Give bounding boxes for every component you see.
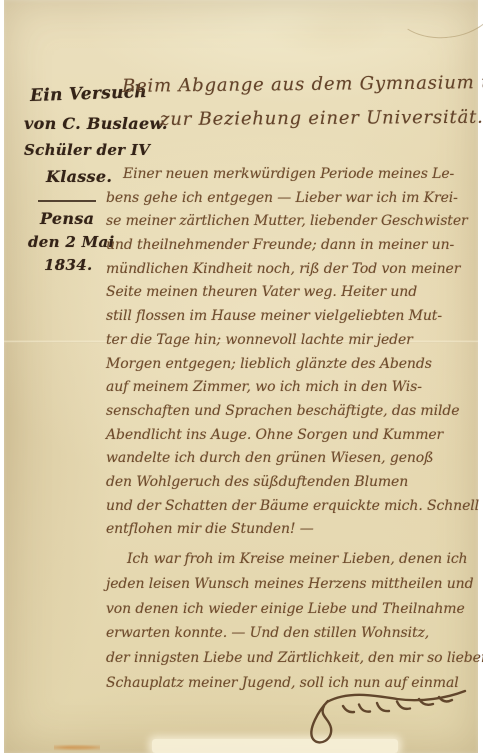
paper-crease <box>389 0 483 43</box>
manuscript-line: entflohen mir die Stunden! — <box>106 518 483 542</box>
manuscript-line: Ich war froh im Kreise meiner Lieben, de… <box>106 547 483 572</box>
manuscript-line: se meiner zärtlichen Mutter, liebender G… <box>106 210 483 234</box>
manuscript-line: auf meinem Zimmer, wo ich mich in den Wi… <box>106 376 483 400</box>
manuscript-line: senschaften und Sprachen beschäftigte, d… <box>106 400 483 424</box>
title-line: zur Beziehung einer Universität. <box>122 107 483 131</box>
margin-note-place: Pensa <box>40 209 94 228</box>
margin-divider-rule <box>38 200 96 202</box>
manuscript-line: wandelte ich durch den grünen Wiesen, ge… <box>106 447 483 471</box>
manuscript-line: und theilnehmender Freunde; dann in mein… <box>106 234 483 258</box>
manuscript-line: mündlichen Kindheit noch, riß der Tod vo… <box>106 258 483 282</box>
parchment-paper: Ein Versuch von C. Buslaew. Schüler der … <box>4 0 478 753</box>
manuscript-line: Morgen entgegen; lieblich glänzte des Ab… <box>106 353 483 377</box>
margin-note-line: Klasse. <box>46 167 112 186</box>
manuscript-line: von denen ich wieder einige Liebe und Th… <box>106 597 483 622</box>
document-title: Beim Abgange aus dem Gymnasium und zur B… <box>122 74 483 129</box>
margin-note-date: den 2 Mai <box>28 233 115 251</box>
body-paragraph: Einer neuen merkwürdigen Periode meines … <box>106 163 483 542</box>
manuscript-line: still flossen im Hause meiner vielgelieb… <box>106 305 483 329</box>
margin-note-year: 1834. <box>44 256 92 274</box>
manuscript-line: bens gehe ich entgegen — Lieber war ich … <box>106 187 483 211</box>
manuscript-line: erwarten konnte. — Und den stillen Wohns… <box>106 621 483 646</box>
manuscript-line: Einer neuen merkwürdigen Periode meines … <box>106 163 483 187</box>
manuscript-scan: Ein Versuch von C. Buslaew. Schüler der … <box>0 0 483 753</box>
rust-stain <box>54 744 100 751</box>
manuscript-line: ter die Tage hin; wonnevoll lachte mir j… <box>106 329 483 353</box>
manuscript-line: den Wohlgeruch des süßduftenden Blumen <box>106 471 483 495</box>
manuscript-line: Abendlicht ins Auge. Ohne Sorgen und Kum… <box>106 424 483 448</box>
title-line: Beim Abgange aus dem Gymnasium und <box>122 72 483 97</box>
manuscript-line: und der Schatten der Bäume erquickte mic… <box>106 495 483 519</box>
signature-flourish <box>297 686 477 748</box>
body-paragraph: Ich war froh im Kreise meiner Lieben, de… <box>106 547 483 696</box>
margin-note-line: Schüler der IV <box>24 141 150 159</box>
manuscript-line: der innigsten Liebe und Zärtlichkeit, de… <box>106 646 483 671</box>
manuscript-line: jeden leisen Wunsch meines Herzens mitth… <box>106 572 483 597</box>
manuscript-line: Seite meinen theuren Vater weg. Heiter u… <box>106 281 483 305</box>
